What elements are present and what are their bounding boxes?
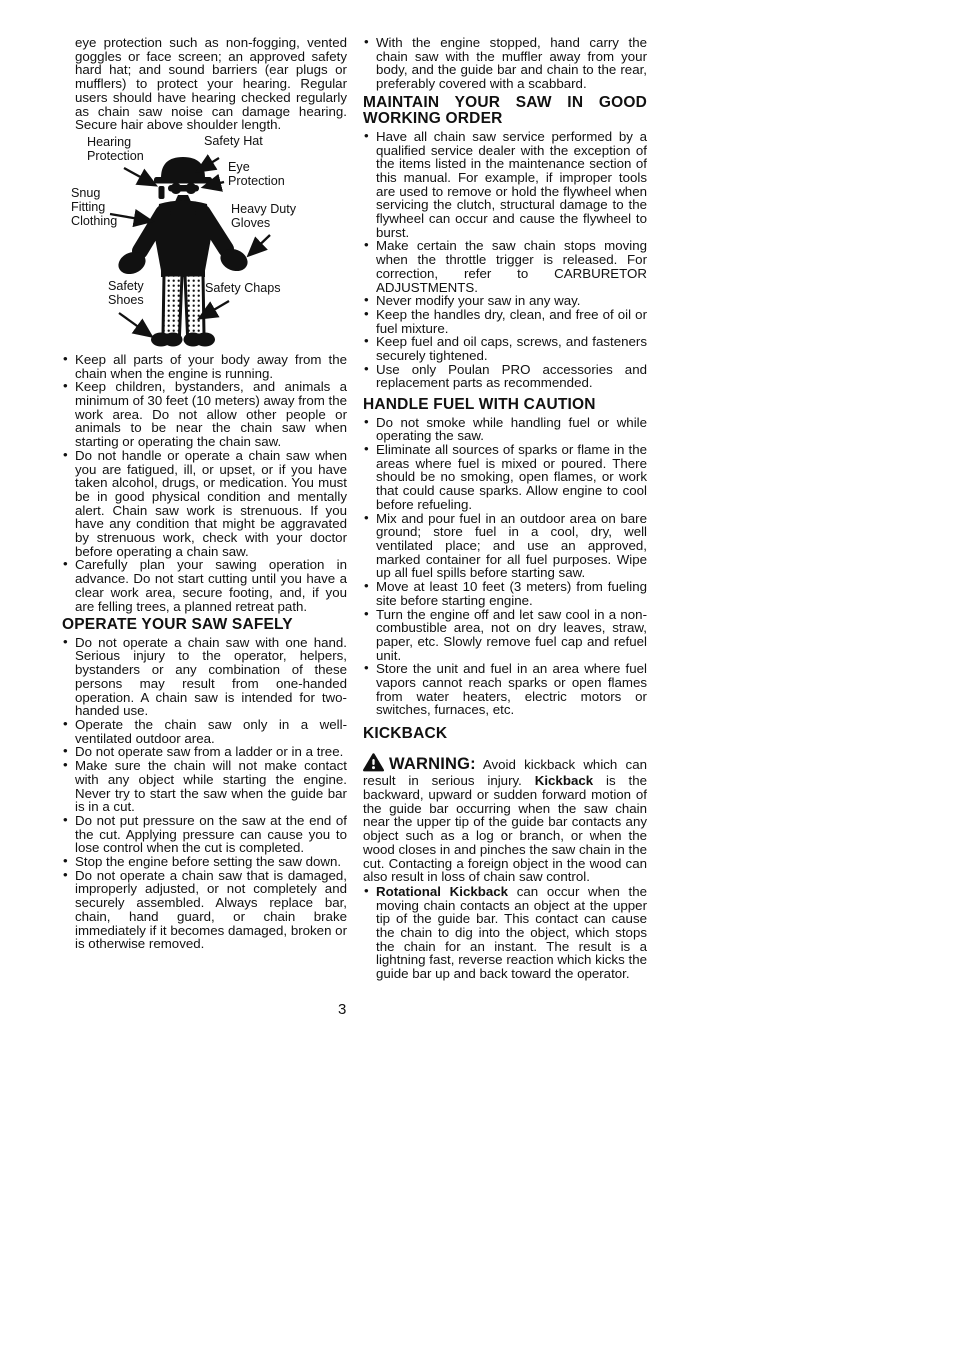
page-number: 3 (338, 1001, 346, 1018)
section-heading-fuel: HANDLE FUEL WITH CAUTION (363, 397, 647, 414)
warning-label: WARNING: (389, 755, 483, 773)
label-safety-hat: Safety Hat (204, 135, 263, 149)
bullet-item: Make certain the saw chain stops moving … (363, 239, 647, 294)
intro-paragraph: eye protection such as non-fogging, vent… (75, 36, 347, 132)
bullet-item: Store the unit and fuel in an area where… (363, 662, 647, 717)
bullet-item: Move at least 10 feet (3 meters) from fu… (363, 580, 647, 607)
bullet-item: Carefully plan your sawing operation in … (62, 558, 347, 613)
section-heading-operate: OPERATE YOUR SAW SAFELY (62, 617, 347, 634)
general-safety-list: Keep all parts of your body away from th… (62, 353, 347, 613)
bullet-item: Do not put pressure on the saw at the en… (62, 814, 347, 855)
label-safety-shoes: Safety Shoes (108, 280, 144, 308)
bullet-item: Never modify your saw in any way. (363, 294, 647, 308)
bullet-item: Do not smoke while handling fuel or whil… (363, 416, 647, 443)
bullet-item: Stop the engine before setting the saw d… (62, 855, 347, 869)
bullet-item: Do not operate a chain saw with one hand… (62, 636, 347, 718)
bullet-item: Eliminate all sources of sparks or flame… (363, 443, 647, 512)
bullet-item: Make sure the chain will not make contac… (62, 759, 347, 814)
label-heavy-duty-gloves: Heavy Duty Gloves (231, 203, 296, 231)
bullet-item: Use only Poulan PRO accessories and repl… (363, 363, 647, 390)
rotational-kickback-list: Rotational Kickback can occur when the m… (363, 885, 647, 981)
handle-fuel-list: Do not smoke while handling fuel or whil… (363, 416, 647, 717)
warning-triangle-icon (363, 753, 384, 775)
right-column: With the engine stopped, hand carry the … (363, 36, 647, 981)
label-hearing-protection: Hearing Protection (87, 136, 144, 164)
bullet-item: Rotational Kickback can occur when the m… (363, 885, 647, 981)
arrow-hearing-protection (124, 168, 155, 185)
maintain-saw-list: Have all chain saw service performed by … (363, 130, 647, 390)
carry-saw-list: With the engine stopped, hand carry the … (363, 36, 647, 91)
arrow-heavy-duty-gloves (249, 235, 270, 255)
bullet-item: Keep fuel and oil caps, screws, and fast… (363, 335, 647, 362)
person-silhouette-illustration (62, 134, 354, 350)
bullet-item: Do not handle or operate a chain saw whe… (62, 449, 347, 559)
bullet-item: Do not operate a chain saw that is damag… (62, 869, 347, 951)
left-column: eye protection such as non-fogging, vent… (62, 36, 347, 951)
bullet-item: Keep the handles dry, clean, and free of… (363, 308, 647, 335)
arrow-safety-shoes (119, 313, 151, 336)
rotational-kickback-text: can occur when the moving chain contacts… (376, 884, 647, 981)
bullet-item: Mix and pour fuel in an outdoor area on … (363, 512, 647, 581)
label-eye-protection: Eye Protection (228, 161, 285, 189)
bullet-item: Keep children, bystanders, and animals a… (62, 380, 347, 449)
bullet-item: Keep all parts of your body away from th… (62, 353, 347, 380)
operate-safely-list: Do not operate a chain saw with one hand… (62, 636, 347, 951)
section-heading-kickback: KICKBACK (363, 726, 647, 743)
bullet-item: Turn the engine off and let saw cool in … (363, 608, 647, 663)
bullet-item: With the engine stopped, hand carry the … (363, 36, 647, 91)
bullet-item: Do not operate saw from a ladder or in a… (62, 745, 347, 759)
warning-text-continued: is the backward, upward or sudden forwar… (363, 773, 647, 884)
safety-gear-figure: Hearing Protection Safety Hat Eye Protec… (62, 134, 354, 350)
bullet-item: Operate the chain saw only in a well-ven… (62, 718, 347, 745)
label-snug-clothing: Snug Fitting Clothing (71, 187, 117, 228)
kickback-warning: WARNING:Avoid kickback which can result … (363, 753, 647, 884)
label-safety-chaps: Safety Chaps (205, 282, 281, 296)
manual-page: eye protection such as non-fogging, vent… (0, 0, 954, 1348)
bullet-item: Have all chain saw service performed by … (363, 130, 647, 240)
section-heading-maintain: MAINTAIN YOUR SAW IN GOOD WORKING ORDER (363, 95, 647, 128)
